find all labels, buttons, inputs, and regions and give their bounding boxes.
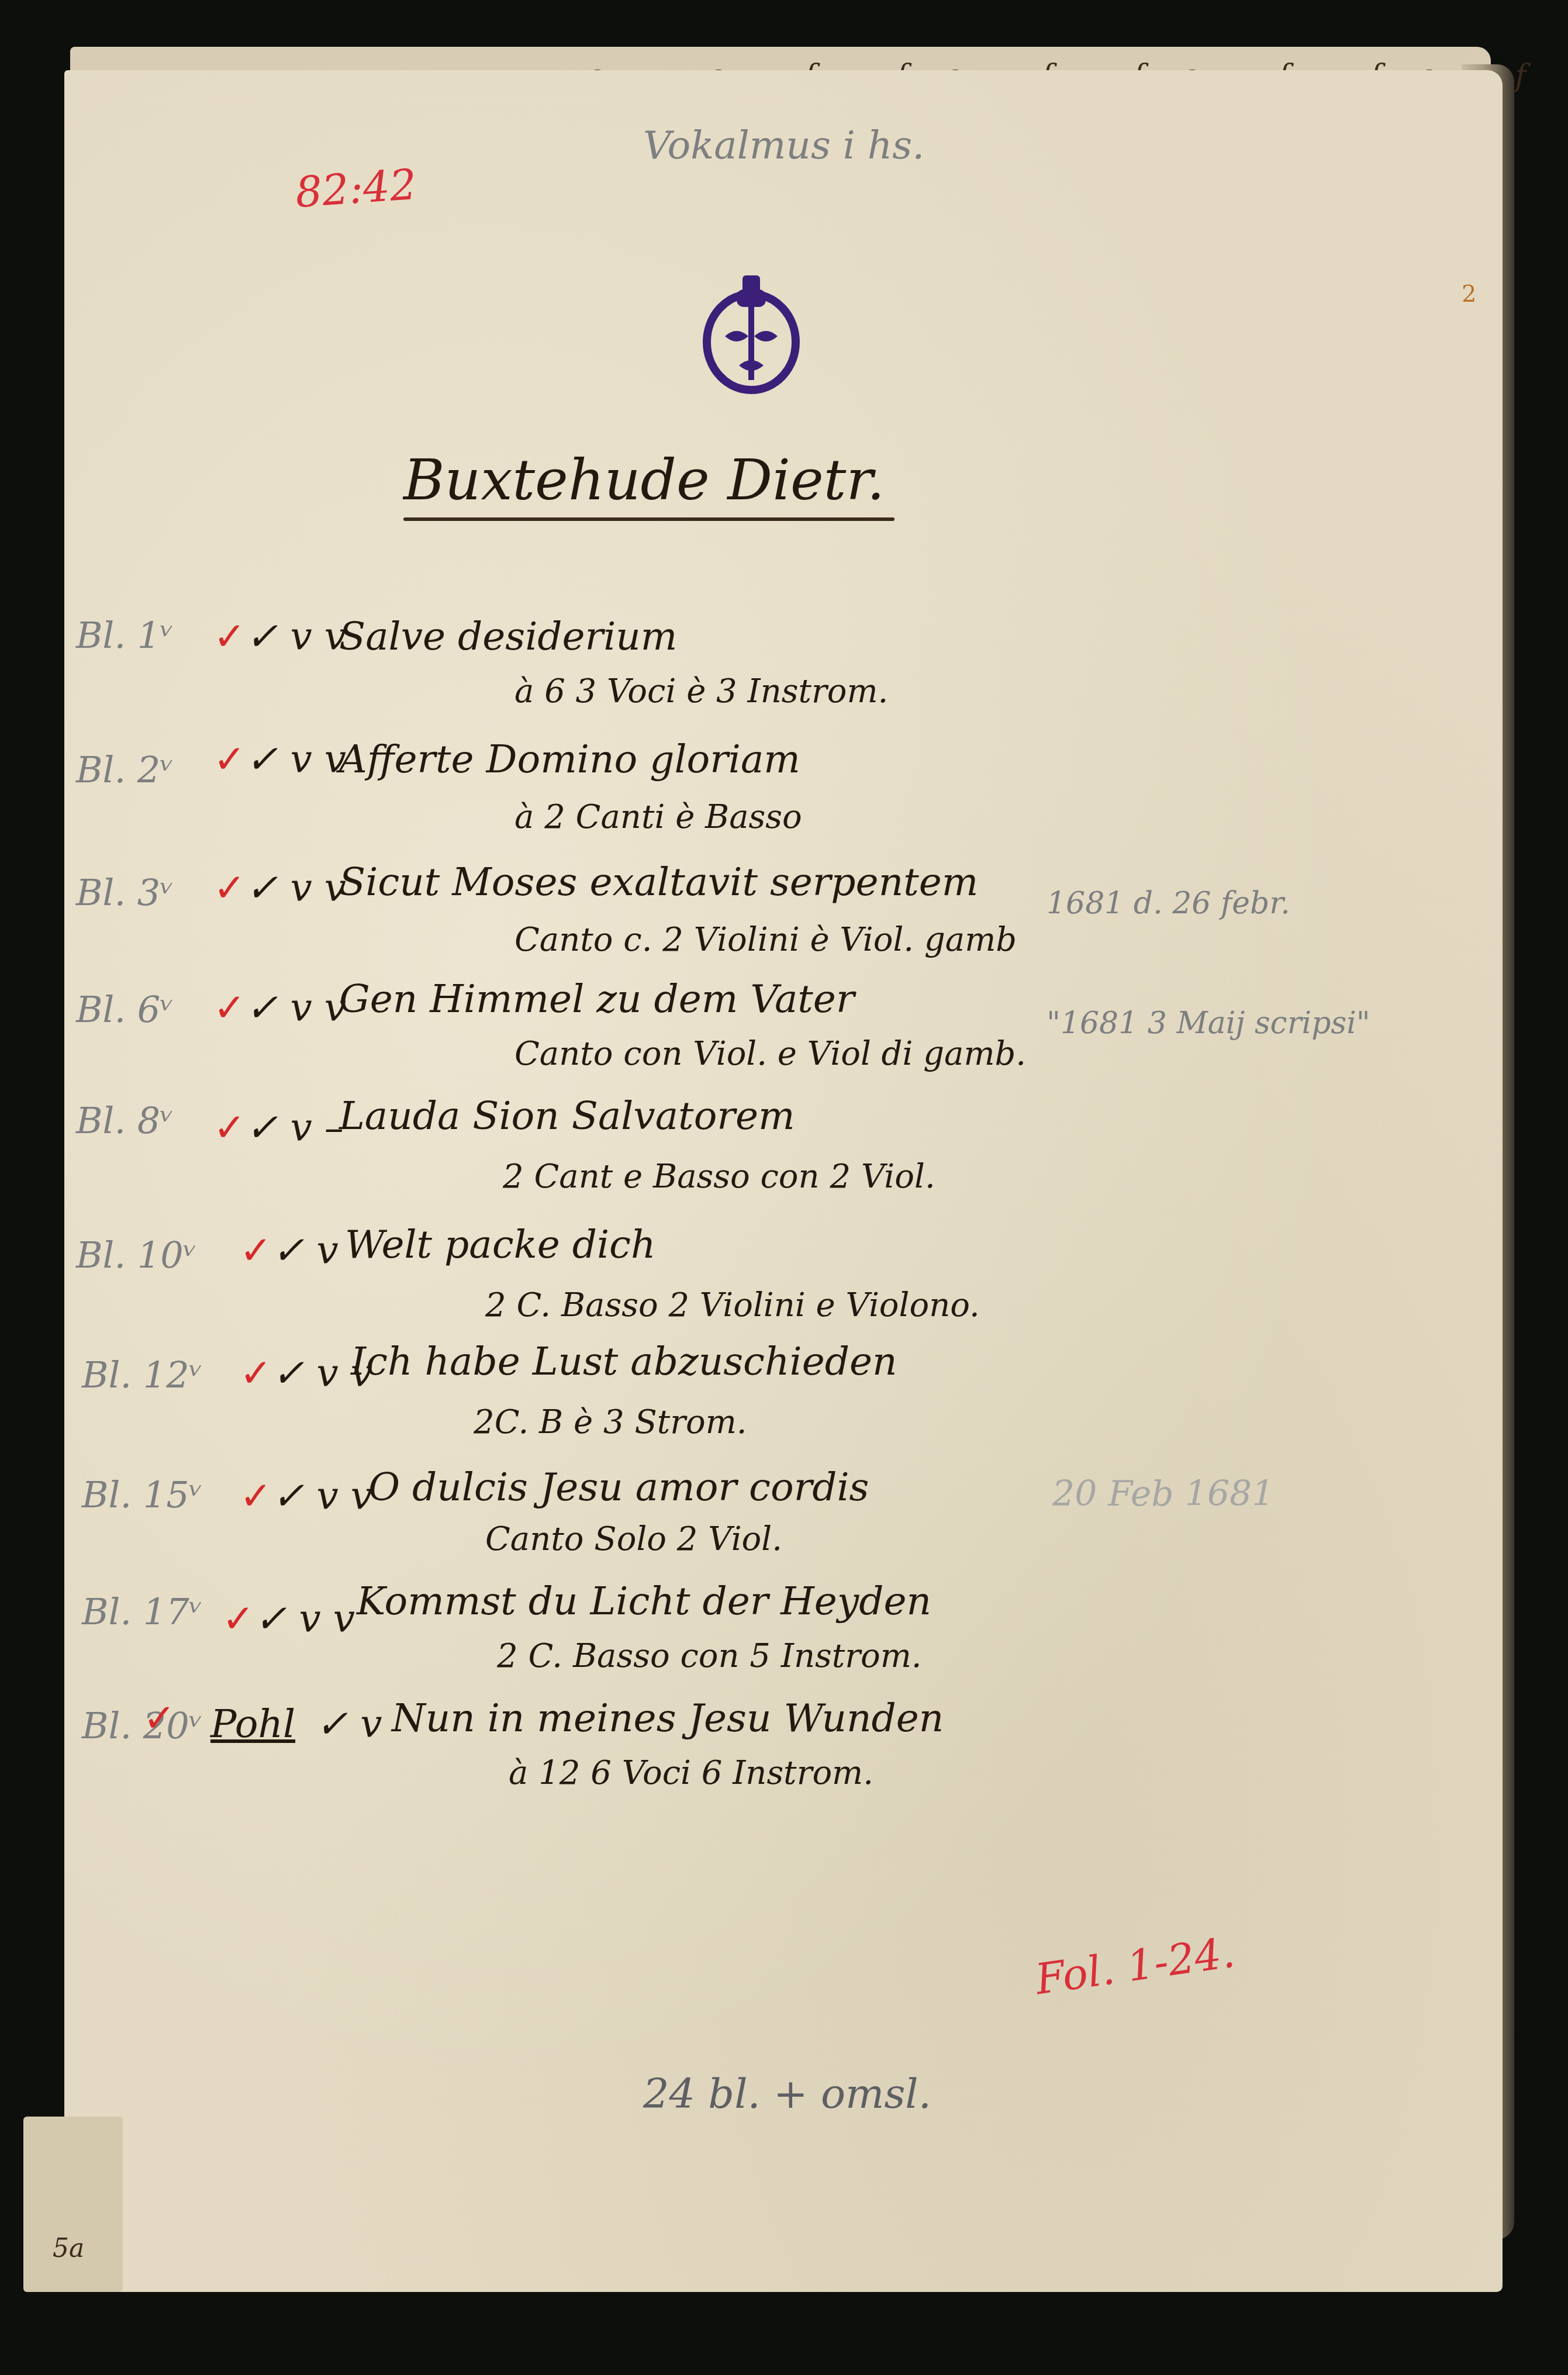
scoring: 2 Cant e Basso con 2 Viol. [503,1158,935,1196]
red-check-icon: ✓ [213,865,246,910]
manuscript-page: Vokalmus i hs. 82:42 Buxtehude Dietr. Bl… [64,70,1503,2292]
document-title: Buxtehude Dietr. [403,447,885,513]
red-check-icon: ✓ [213,1105,246,1150]
red-check-icon: ✓ [222,1596,254,1641]
spine-tab: 5a [23,2117,123,2292]
entry-marks: ✓ v [316,1701,382,1746]
scoring: à 12 6 Voci 6 Instrom. [509,1754,873,1792]
margin-note: 20 Feb 1681 [1052,1473,1274,1514]
work-title: Sicut Moses exaltavit serpentem [339,859,978,905]
entry-marks: ✓✓ v v [213,865,346,910]
folio-ref: Bl. 6ᵛ [76,988,174,1031]
scoring: à 6 3 Voci è 3 Instrom. [514,672,888,710]
pencil-heading: Vokalmus i hs. [643,123,924,168]
attribution: Pohl [210,1701,295,1746]
scoring: Canto con Viol. e Viol di gamb. [514,1035,1026,1073]
leaf-count: 24 bl. + omsl. [643,2070,931,2118]
work-title: Ich habe Lust abzuschieden [351,1339,897,1384]
entry-marks: ✓✓ v v [213,614,346,659]
work-title: Kommst du Licht der Heyden [357,1579,931,1624]
scoring: 2C. B è 3 Strom. [474,1403,747,1441]
spine-mark: 5a [53,2234,84,2263]
entry-marks: ✓ [143,1696,175,1741]
work-title: Welt packe dich [345,1222,656,1267]
folio-ref: Bl. 15ᵛ [82,1473,203,1516]
folio-ref: Bl. 12ᵛ [82,1354,203,1396]
title-underline [403,517,894,521]
margin-note: "1681 3 Maij scripsi" [1047,1006,1370,1041]
red-check-icon: ✓ [213,737,246,782]
entry-marks: ✓✓ v – [213,1105,344,1150]
work-title: Salve desiderium [339,614,677,659]
entry-marks: ✓✓ v [240,1228,339,1273]
red-check-icon: ✓ [240,1351,272,1396]
entry-marks: ✓✓ v v [213,737,346,782]
scoring: Canto Solo 2 Viol. [485,1520,782,1558]
margin-note: 1681 d. 26 febr. [1047,886,1290,921]
folio-ref: Bl. 3ᵛ [76,871,174,914]
scoring: 2 C. Basso con 5 Instrom. [497,1637,922,1675]
work-title: Nun in meines Jesu Wunden [392,1696,944,1741]
work-title: Gen Himmel zu dem Vater [339,976,854,1021]
red-check-icon: ✓ [240,1473,272,1518]
work-title: Lauda Sion Salvatorem [339,1093,795,1138]
folio-ref: Bl. 17ᵛ [82,1590,203,1633]
red-check-icon: ✓ [240,1228,272,1273]
entry-marks: ✓✓ v v [240,1473,372,1518]
red-check-icon: ✓ [143,1696,175,1741]
scoring: 2 C. Basso 2 Violini e Violono. [485,1286,980,1324]
entry-marks: ✓✓ v v [213,985,346,1030]
folio-ref: Bl. 8ᵛ [76,1099,174,1142]
red-check-icon: ✓ [213,614,246,659]
folio-ref: Bl. 2ᵛ [76,748,174,791]
scoring: Canto c. 2 Violini è Viol. gamb [514,921,1017,959]
folio-ref: Bl. 1ᵛ [76,614,174,657]
folio-range: Fol. 1-24. [1032,1928,1238,2004]
entry-marks: ✓✓ v v [222,1596,355,1641]
work-title: O dulcis Jesu amor cordis [368,1465,869,1510]
red-check-icon: ✓ [213,985,246,1030]
folio-ref: Bl. 10ᵛ [76,1234,197,1276]
work-title: Afferte Domino gloriam [339,737,800,782]
library-stamp-icon [702,272,801,395]
corner-mark: 2 [1462,281,1476,308]
scoring: à 2 Canti è Basso [514,798,802,836]
shelfmark: 82:42 [293,160,418,217]
folio-ref: Bl. 20ᵛ [82,1704,203,1747]
